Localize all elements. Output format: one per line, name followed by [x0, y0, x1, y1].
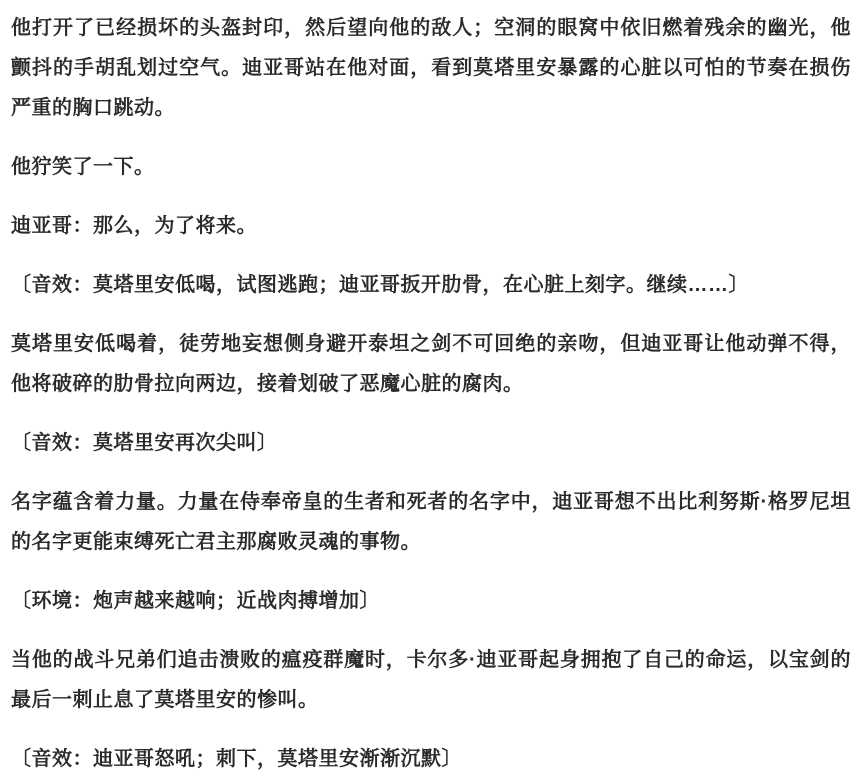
story-paragraph: 他狞笑了一下。 — [11, 147, 851, 187]
dialogue-line: 迪亚哥：那么，为了将来。 — [11, 206, 851, 246]
story-paragraph: 他打开了已经损坏的头盔封印，然后望向他的敌人；空洞的眼窝中依旧燃着残余的幽光，他… — [11, 8, 851, 128]
ambience-annotation: 〔环境：炮声越来越响；近战肉搏增加〕 — [11, 581, 851, 621]
document-page: { "page": { "background_color": "#ffffff… — [0, 0, 862, 781]
story-text-container: 他打开了已经损坏的头盔封印，然后望向他的敌人；空洞的眼窝中依旧燃着残余的幽光，他… — [0, 0, 862, 781]
sfx-annotation: 〔音效：迪亚哥怒吼；刺下，莫塔里安渐渐沉默〕 — [11, 739, 851, 779]
story-paragraph: 莫塔里安低喝着，徒劳地妄想侧身避开泰坦之剑不可回绝的亲吻，但迪亚哥让他动弹不得，… — [11, 324, 851, 404]
story-paragraph: 当他的战斗兄弟们追击溃败的瘟疫群魔时，卡尔多·迪亚哥起身拥抱了自己的命运，以宝剑… — [11, 640, 851, 720]
sfx-annotation: 〔音效：莫塔里安低喝，试图逃跑；迪亚哥扳开肋骨，在心脏上刻字。继续……〕 — [11, 265, 851, 305]
story-paragraph: 名字蕴含着力量。力量在侍奉帝皇的生者和死者的名字中，迪亚哥想不出比利努斯·格罗尼… — [11, 482, 851, 562]
sfx-annotation: 〔音效：莫塔里安再次尖叫〕 — [11, 423, 851, 463]
